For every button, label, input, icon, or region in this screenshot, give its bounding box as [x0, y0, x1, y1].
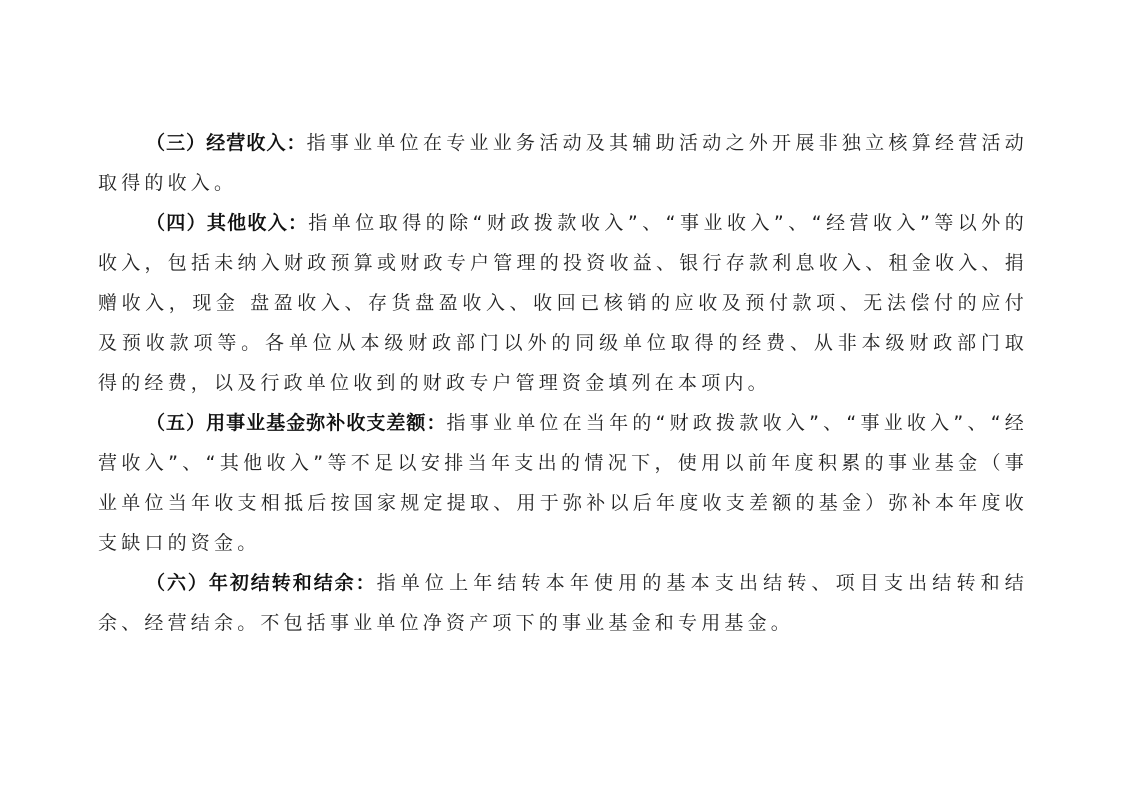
paragraph-other-income: （四）其他收入：指单位取得的除“财政拨款收入”、“事业收入”、“经营收入”等以外… — [98, 203, 1028, 403]
paragraph-text: 指单位取得的除“财政拨款收入”、“事业收入”、“经营收入”等以外的收入，包括未纳… — [98, 212, 1028, 394]
paragraph-carryover-balance: （六）年初结转和结余：指单位上年结转本年使用的基本支出结转、项目支出结转和结余、… — [98, 563, 1028, 643]
paragraph-heading: （五）用事业基金弥补收支差额： — [146, 412, 447, 434]
paragraph-heading: （三）经营收入： — [146, 132, 307, 154]
document-page: （三）经营收入：指事业单位在专业业务活动及其辅助活动之外开展非独立核算经营活动取… — [98, 123, 1028, 643]
paragraph-heading: （六）年初结转和结余： — [146, 572, 377, 594]
paragraph-fund-offset: （五）用事业基金弥补收支差额：指事业单位在当年的“财政拨款收入”、“事业收入”、… — [98, 403, 1028, 563]
paragraph-operating-income: （三）经营收入：指事业单位在专业业务活动及其辅助活动之外开展非独立核算经营活动取… — [98, 123, 1028, 203]
paragraph-heading: （四）其他收入： — [146, 212, 308, 234]
